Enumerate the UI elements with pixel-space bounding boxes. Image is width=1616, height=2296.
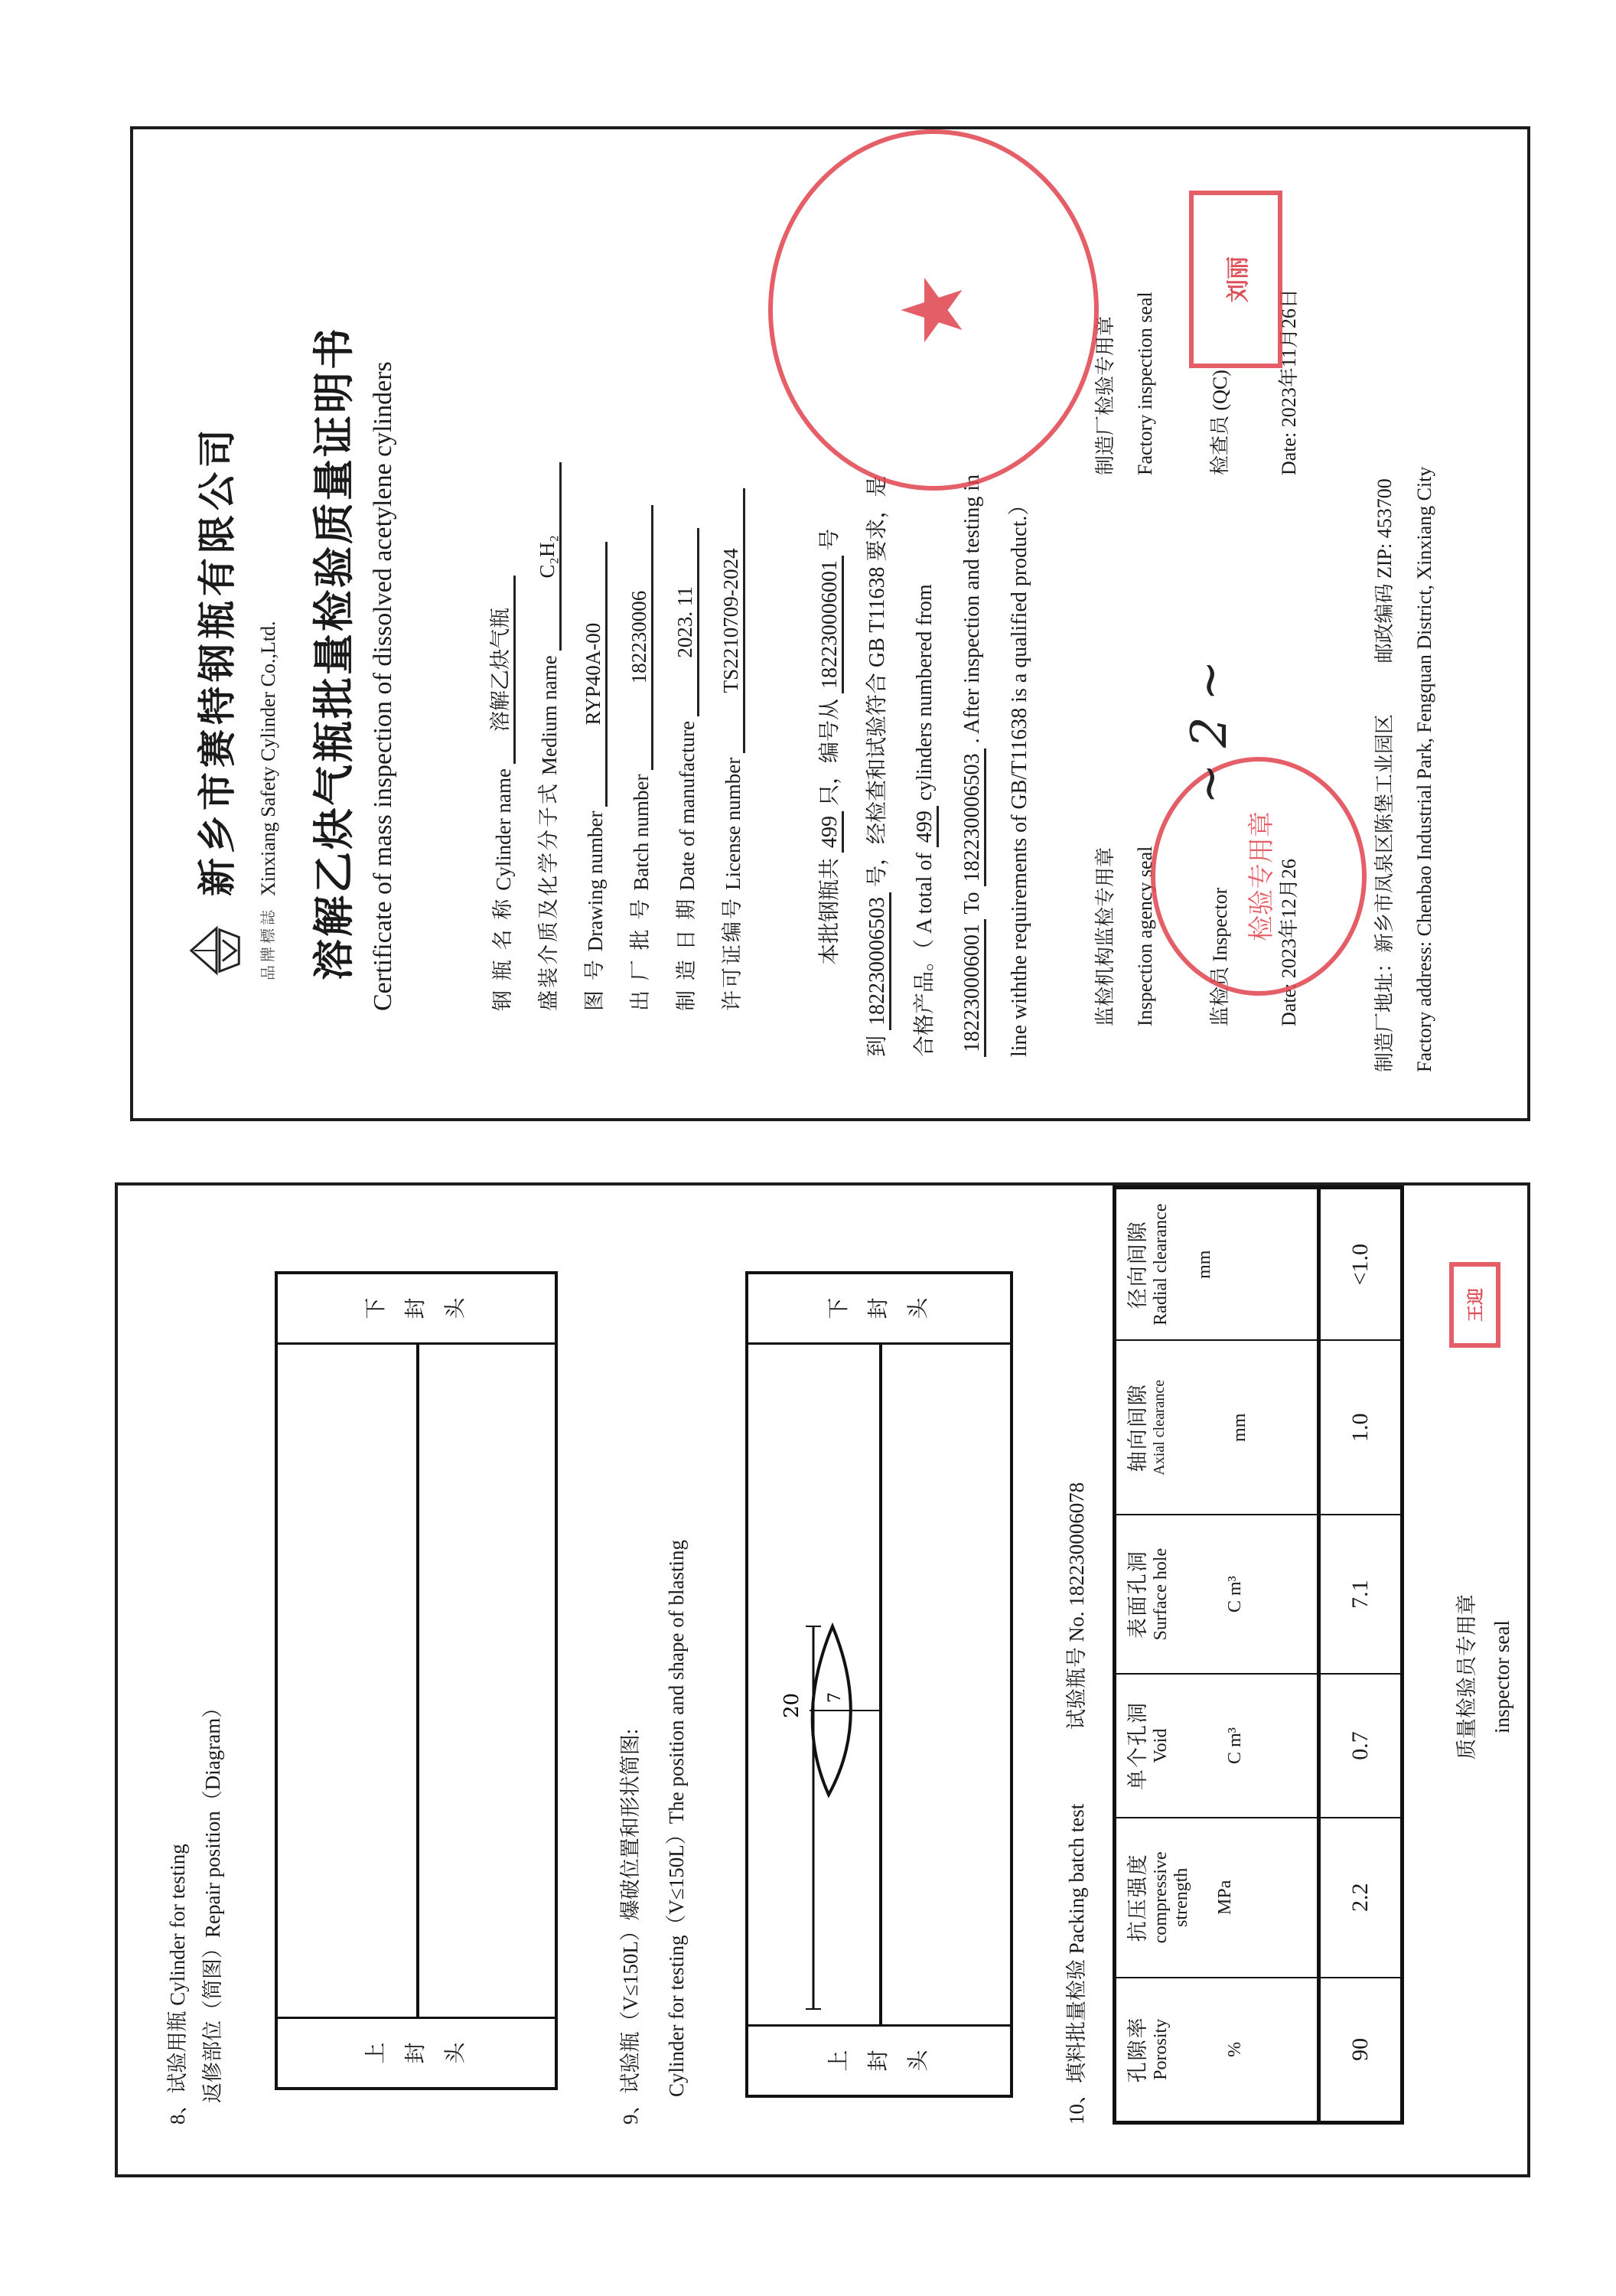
header-unit: C m³: [1225, 1678, 1246, 1814]
statement-text: 只，编号从: [818, 699, 842, 806]
certificate-title-cn: 溶解乙炔气瓶批量检验质量证明书: [301, 326, 360, 980]
serial-from-en: 182230006001: [960, 919, 986, 1057]
inspector-seal-en: inspector seal: [1484, 1562, 1520, 1792]
test-cylinder-number: 试验瓶号 No. 182230006078: [1065, 1482, 1088, 1730]
statement-text: 合格产品。（ A total of: [913, 853, 937, 1057]
field-label-en: Drawing number: [584, 811, 608, 952]
table-row: 90 2.2 0.7 7.1 1.0 <1.0: [1319, 1188, 1403, 2123]
column-header: 孔隙率Porosity%: [1115, 1978, 1319, 2123]
section-9-title: 9、试验瓶（V≤150L）爆破位置和形状简图:: [608, 1540, 653, 2125]
statement-text: cylinders numbered from: [913, 584, 937, 801]
section-8-title: 8、试验用瓶 Cylinder for testing: [160, 1698, 195, 2125]
field-label-en: License number: [722, 758, 745, 890]
column-header: 抗压强度compressive strengthMPa: [1115, 1818, 1319, 1978]
header-cn: 孔隙率: [1121, 1981, 1151, 2118]
header-cn: 径向间隙: [1121, 1192, 1151, 1336]
cap-char: 封: [396, 1298, 436, 1319]
section-10-title: 10、填料批量检验 Packing batch test: [1065, 1804, 1088, 2125]
logo-caption: 品牌標誌: [256, 907, 278, 980]
section-8-heading: 8、试验用瓶 Cylinder for testing 返修部位（简图）Repa…: [160, 1698, 230, 2125]
inspector-stamp-text: 王迎: [1463, 1288, 1487, 1322]
cap-char: 上: [819, 2050, 859, 2072]
statement-text: 号: [818, 529, 842, 550]
inspector-signature: ~ 2 ~: [1181, 660, 1238, 804]
header-en: Axial clearance: [1151, 1344, 1168, 1511]
cap-char: 头: [899, 1298, 939, 1319]
field-label-cn: 图 号: [578, 957, 608, 1011]
field-value: RYP40A-00: [582, 542, 608, 807]
weld-seam-line: [416, 1345, 419, 2017]
cap-char: 下: [357, 1298, 396, 1319]
field-license-number: 许可证编号 License number TS2210709-2024: [699, 169, 745, 1011]
inspector-seal-cn: 质量检验员专用章: [1449, 1562, 1484, 1792]
cap-char: 封: [859, 2050, 899, 2072]
section-9-subtitle: Cylinder for testing（V≤150L）The position…: [653, 1540, 699, 2125]
field-label-cn: 许可证编号: [715, 896, 745, 1011]
cap-char: 下: [819, 1298, 859, 1319]
field-value: 溶解乙炔气瓶: [484, 576, 516, 764]
field-value: 2023. 11: [673, 528, 699, 716]
field-label-en: Batch number: [630, 775, 653, 891]
qc-stamp-text: 刘丽: [1219, 256, 1253, 302]
certificate-page: 品牌標誌 新乡市赛特钢瓶有限公司 Xinxiang Safety Cylinde…: [130, 126, 1530, 1121]
serial-to: 182230006503: [865, 892, 891, 1030]
field-value: 182230006: [627, 505, 653, 770]
value-radial-clearance: <1.0: [1319, 1188, 1403, 1341]
field-label-en: Medium name: [538, 655, 562, 775]
factory-seal-label-en: Factory inspection seal: [1134, 292, 1157, 475]
column-header: 轴向间隙Axial clearancemm: [1115, 1340, 1319, 1515]
serial-to-en: 182230006503: [960, 748, 986, 886]
value-porosity: 90: [1319, 1978, 1403, 2123]
field-label-cn: 盛装介质及化学分子式: [532, 781, 562, 1011]
bottom-cap: 下 封 头: [748, 1274, 1010, 1345]
section-9-heading: 9、试验瓶（V≤150L）爆破位置和形状简图: Cylinder for tes…: [608, 1540, 699, 2125]
certificate-fields: 钢 瓶 名 称 Cylinder name 溶解乙炔气瓶 盛装介质及化学分子式 …: [470, 169, 745, 1011]
header-en: Radial clearance: [1151, 1192, 1171, 1336]
tests-page: 8、试验用瓶 Cylinder for testing 返修部位（简图）Repa…: [115, 1182, 1530, 2177]
value-void: 0.7: [1319, 1674, 1403, 1818]
address-cn: 制造厂地址：新乡市凤泉区陈堡工业园区: [1373, 714, 1396, 1072]
header-unit: mm: [1194, 1192, 1215, 1336]
column-header: 单个孔洞VoidC m³: [1115, 1674, 1319, 1818]
inspector-rect-stamp: 王迎: [1449, 1262, 1500, 1348]
statement-text: line withthe requirements of GB/T11638 i…: [1008, 494, 1031, 1057]
section-10-heading: 10、填料批量检验 Packing batch test 试验瓶号 No. 18…: [1059, 1482, 1094, 2125]
seals-area: 监检机构监检专用章 Inspection agency seal 监检员 Ins…: [1090, 169, 1518, 1057]
company-logo-icon: [187, 921, 246, 980]
header-unit: %: [1225, 1981, 1246, 2118]
qc-rect-stamp: 刘丽: [1189, 191, 1282, 368]
blast-width-label: 7: [826, 1692, 845, 1703]
field-label-en: Cylinder name: [492, 768, 516, 891]
cap-char: 头: [899, 2050, 939, 2072]
date-right-label: Date:: [1278, 432, 1300, 475]
value-surface-hole: 7.1: [1319, 1515, 1403, 1674]
field-batch-number: 出 厂 批 号 Batch number 182230006: [608, 169, 653, 1011]
factory-address: 制造厂地址：新乡市凤泉区陈堡工业园区 邮政编码 ZIP: 453700 Fact…: [1365, 154, 1445, 1072]
cap-char: 上: [357, 2043, 396, 2064]
cap-char: 封: [859, 1298, 899, 1319]
value-axial-clearance: 1.0: [1319, 1340, 1403, 1515]
field-label-cn: 钢 瓶 名 称: [486, 897, 516, 1011]
header-en: Void: [1151, 1678, 1171, 1814]
statement-text: 本批钢瓶共: [818, 858, 842, 965]
star-icon: ★: [891, 272, 976, 348]
qc-label: 检查员 (QC): [1204, 370, 1233, 475]
header-unit: mm: [1230, 1344, 1250, 1511]
packing-test-table: 孔隙率Porosity% 抗压强度compressive strengthMPa…: [1113, 1186, 1404, 2125]
field-label-cn: 出 厂 批 号: [624, 897, 653, 1011]
header-cn: 抗压强度: [1121, 1821, 1151, 1974]
serial-from: 182230006001: [818, 556, 844, 693]
statement-text: To: [960, 892, 984, 914]
factory-round-stamp: ★: [768, 129, 1099, 491]
company-name-en: Xinxiang Safety Cylinder Co.,Ltd.: [257, 621, 280, 896]
section-8-subtitle: 返修部位（简图）Repair position（Diagram）: [195, 1698, 230, 2125]
zip-code: 邮政编码 ZIP: 453700: [1373, 478, 1396, 663]
statement-text: 到: [865, 1035, 889, 1057]
address-en: Factory address: Chenbao Industrial Park…: [1405, 154, 1445, 1072]
header-cn: 轴向间隙: [1121, 1344, 1151, 1511]
table-header-row: 孔隙率Porosity% 抗压强度compressive strengthMPa…: [1115, 1188, 1319, 2123]
field-value: C₂H₂: [536, 462, 562, 651]
agency-seal-label-cn: 监检机构监检专用章: [1090, 847, 1118, 1026]
field-date-of-manufacture: 制 造 日 期 Date of manufacture 2023. 11: [653, 169, 699, 1011]
cylinder-count: 499: [818, 811, 844, 853]
header-cn: 表面孔洞: [1121, 1518, 1151, 1670]
cap-char: 头: [436, 1298, 476, 1319]
header-unit: MPa: [1215, 1821, 1236, 1974]
field-label-cn: 制 造 日 期: [670, 897, 699, 1011]
rotated-scan: 品牌標誌 新乡市赛特钢瓶有限公司 Xinxiang Safety Cylinde…: [0, 0, 1616, 2296]
header-en: compressive strength: [1151, 1821, 1192, 1974]
blasting-position-diagram: 上 封 头 20 7 下 封 头: [745, 1271, 1013, 2098]
top-cap: 上 封 头: [748, 2024, 1010, 2095]
statement-text: . After inspection and testing in: [960, 475, 984, 744]
repair-position-diagram: 上 封 头 下 封 头: [275, 1271, 558, 2090]
statement-text: 号，经检查和试验符合 GB T11638 要求，是: [865, 476, 889, 887]
column-header: 表面孔洞Surface holeC m³: [1115, 1515, 1319, 1674]
field-medium-name: 盛装介质及化学分子式 Medium name C₂H₂: [516, 169, 562, 1011]
blast-length-label: 20: [780, 1693, 803, 1718]
company-name-cn: 新乡市赛特钢瓶有限公司: [187, 425, 242, 896]
bottom-cap: 下 封 头: [278, 1274, 555, 1345]
header-unit: C m³: [1225, 1518, 1246, 1670]
blast-shape-icon: 20 7: [748, 1339, 1016, 2024]
header-en: Surface hole: [1151, 1518, 1171, 1670]
column-header: 径向间隙Radial clearancemm: [1115, 1188, 1319, 1341]
field-cylinder-name: 钢 瓶 名 称 Cylinder name 溶解乙炔气瓶: [470, 169, 516, 1011]
cylinder-count-en: 499: [913, 806, 939, 847]
field-value: TS2210709-2024: [719, 488, 745, 753]
inspector-seal-label: 质量检验员专用章 inspector seal: [1449, 1562, 1520, 1792]
header-en: Porosity: [1151, 1981, 1171, 2118]
cap-char: 头: [436, 2043, 476, 2064]
top-cap: 上 封 头: [278, 2017, 555, 2087]
field-label-en: Date of manufacture: [676, 721, 699, 891]
certificate-title-en: Certificate of mass inspection of dissol…: [369, 361, 398, 1011]
field-drawing-number: 图 号 Drawing number RYP40A-00: [562, 169, 608, 1011]
header-cn: 单个孔洞: [1121, 1678, 1151, 1814]
cap-char: 封: [396, 2043, 436, 2064]
agency-stamp-text: 检验专用章: [1240, 811, 1278, 941]
value-compressive-strength: 2.2: [1319, 1818, 1403, 1978]
